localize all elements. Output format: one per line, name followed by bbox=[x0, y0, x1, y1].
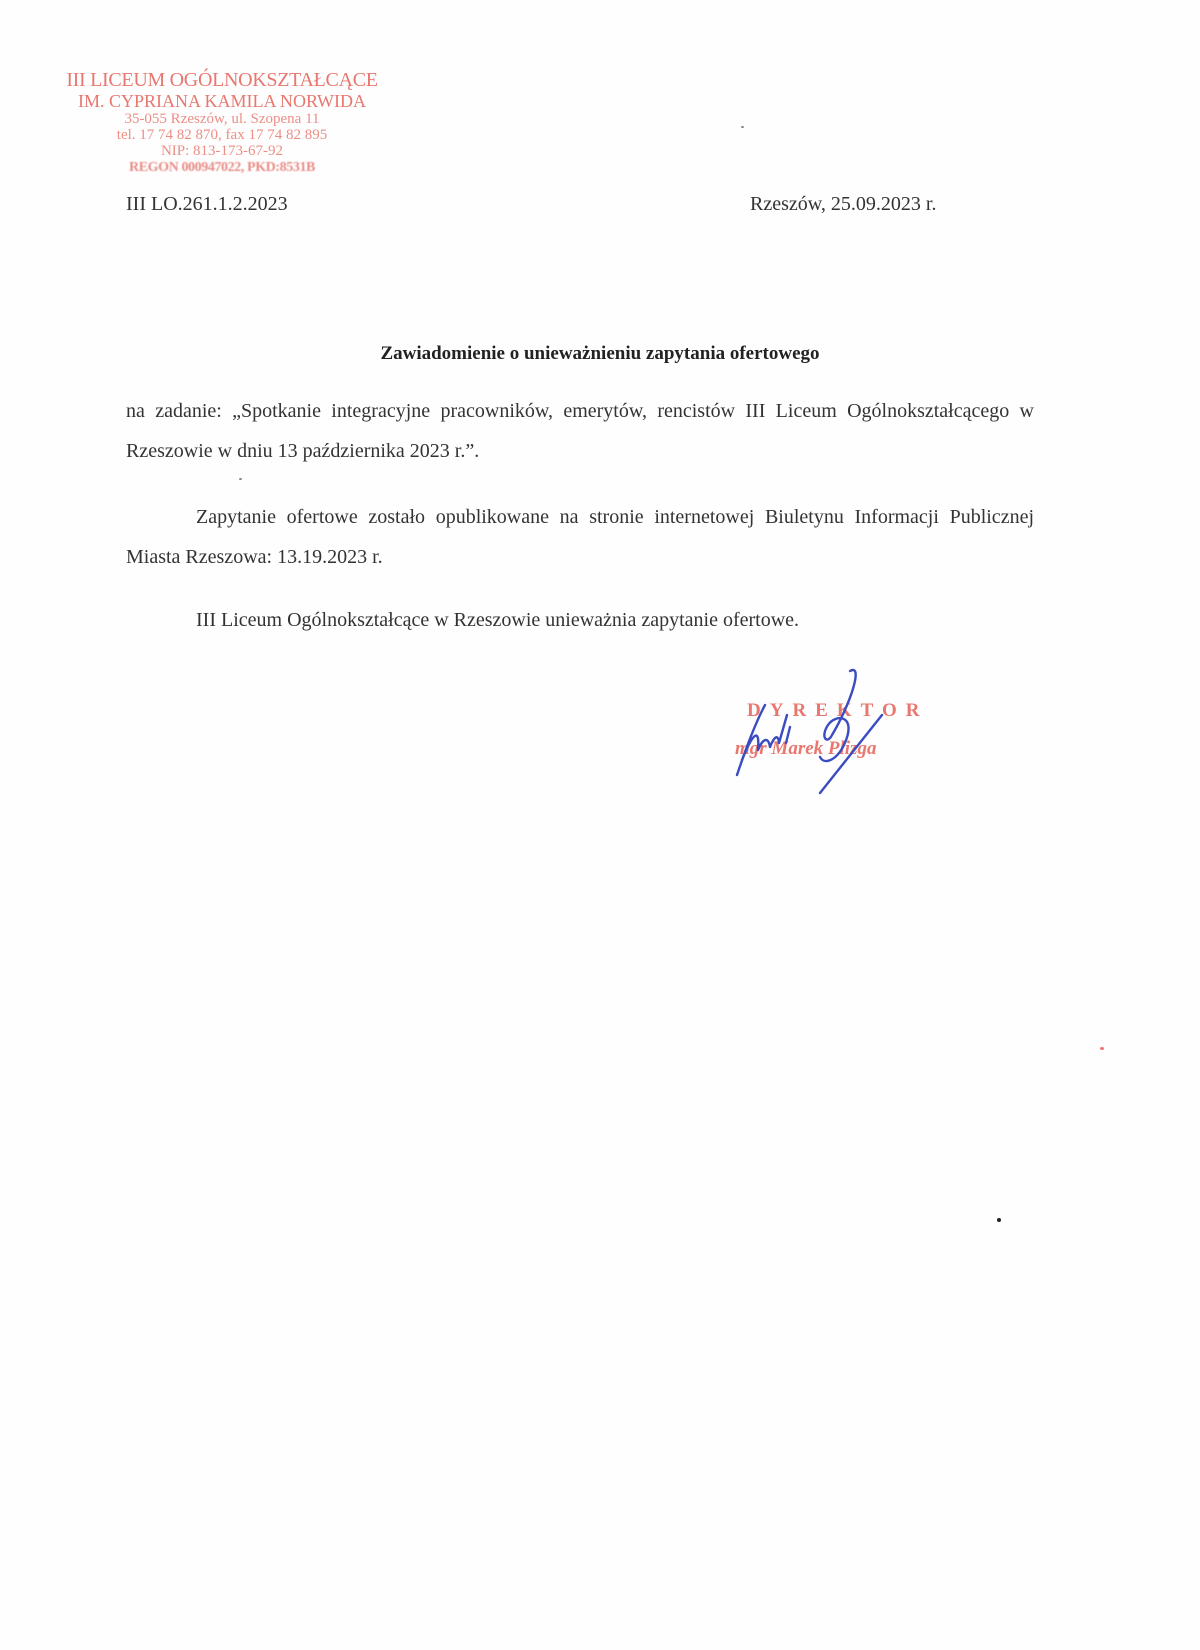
stamp-school-name: III LICEUM OGÓLNOKSZTAŁCĄCE bbox=[62, 70, 382, 92]
scan-speck bbox=[239, 478, 242, 480]
place-date: Rzeszów, 25.09.2023 r. bbox=[750, 193, 936, 216]
reference-number: III LO.261.1.2.2023 bbox=[126, 193, 288, 216]
scan-speck bbox=[997, 1218, 1001, 1222]
school-stamp: III LICEUM OGÓLNOKSZTAŁCĄCE IM. CYPRIANA… bbox=[62, 70, 382, 175]
paragraph-cancellation: III Liceum Ogólnokształcące w Rzeszowie … bbox=[126, 600, 1034, 640]
stamp-regon: REGON 000947022, PKD:8531B bbox=[62, 160, 382, 175]
paragraph-task: na zadanie: „Spotkanie integracyjne prac… bbox=[126, 391, 1034, 471]
stamp-nip: NIP: 813-173-67-92 bbox=[62, 143, 382, 159]
handwritten-signature-icon bbox=[732, 665, 902, 795]
document-page: III LICEUM OGÓLNOKSZTAŁCĄCE IM. CYPRIANA… bbox=[0, 0, 1200, 1650]
stamp-patron: IM. CYPRIANA KAMILA NORWIDA bbox=[62, 92, 382, 111]
stamp-phone: tel. 17 74 82 870, fax 17 74 82 895 bbox=[62, 127, 382, 143]
stamp-address: 35-055 Rzeszów, ul. Szopena 11 bbox=[62, 111, 382, 127]
paragraph-publication: Zapytanie ofertowe zostało opublikowane … bbox=[126, 497, 1034, 577]
scan-speck bbox=[1100, 1047, 1104, 1050]
scan-speck bbox=[741, 126, 744, 128]
document-title: Zawiadomienie o unieważnieniu zapytania … bbox=[0, 343, 1200, 365]
